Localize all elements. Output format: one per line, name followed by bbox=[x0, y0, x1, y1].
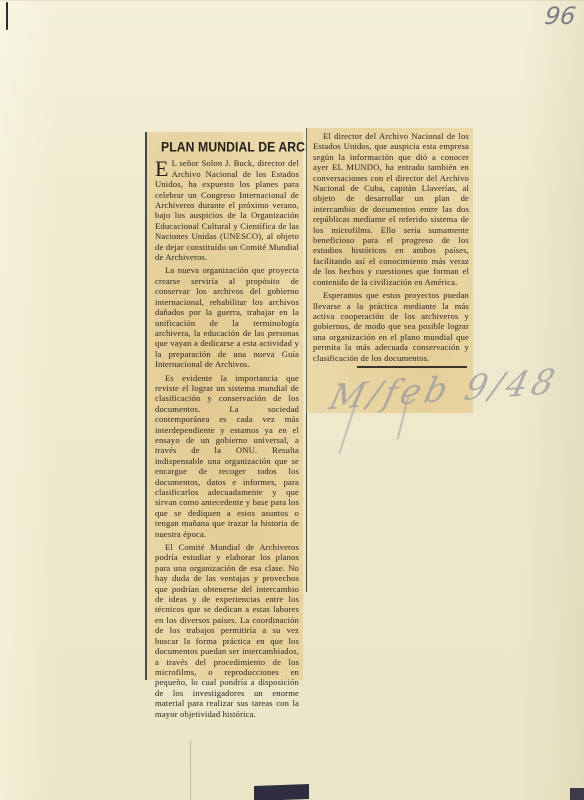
paragraph: EL señor Solon J. Buck, director del Arc… bbox=[155, 158, 299, 262]
clipping-left-column: PLAN MUNDIAL DE ARCHIVOS EL señor Solon … bbox=[145, 132, 303, 680]
paragraph: Esperamos que estos proyectos puedan lle… bbox=[313, 290, 469, 363]
paragraph: Es evidente la importancia que reviste e… bbox=[155, 373, 299, 540]
page-number: 96 bbox=[543, 2, 577, 30]
scanned-page: 96 PLAN MUNDIAL DE ARCHIVOS EL señor Sol… bbox=[0, 0, 584, 800]
paper-crease bbox=[190, 740, 191, 800]
binding-tape bbox=[570, 788, 584, 800]
paragraph: El Comité Mundial de Archiveros podría e… bbox=[155, 542, 299, 719]
paragraph: El director del Archivo Nacional de los … bbox=[313, 131, 469, 287]
page-edge bbox=[0, 0, 584, 1]
headline: PLAN MUNDIAL DE ARCHIVOS bbox=[161, 141, 299, 153]
paragraph: La nueva organización que proyecta crear… bbox=[155, 265, 299, 369]
binding-tape bbox=[254, 784, 309, 800]
edge-ink-mark bbox=[6, 2, 8, 30]
end-rule bbox=[357, 366, 467, 368]
drop-cap: E bbox=[155, 160, 169, 178]
